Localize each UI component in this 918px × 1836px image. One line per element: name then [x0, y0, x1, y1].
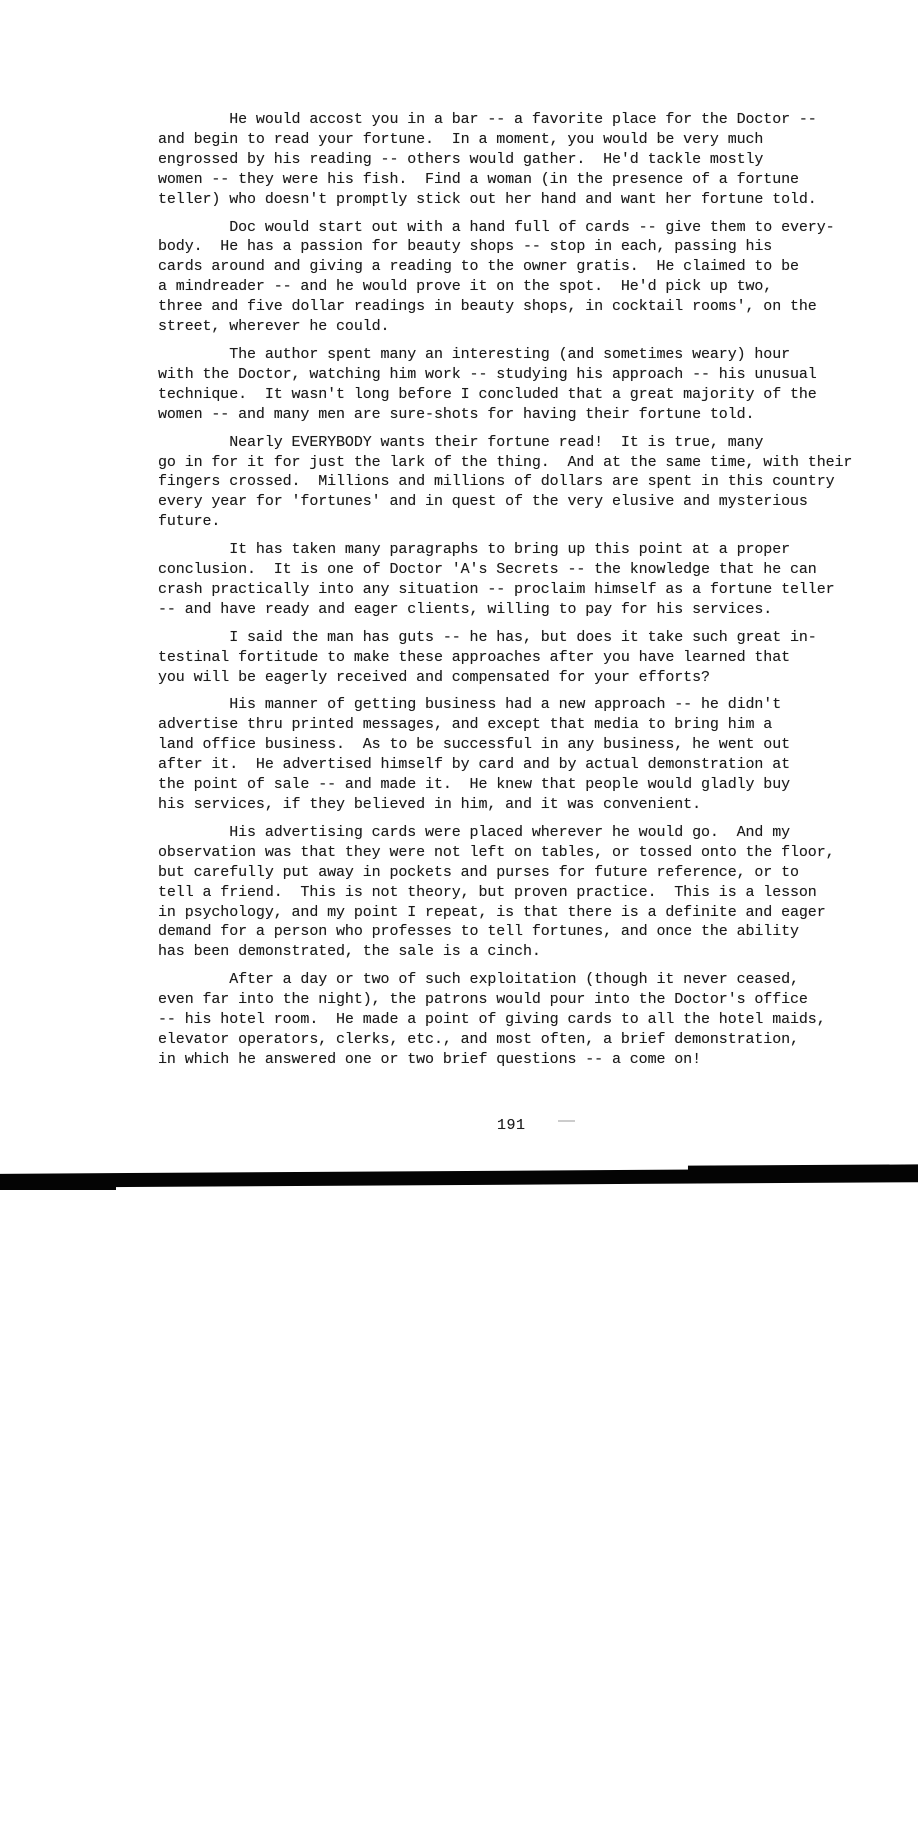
paragraph: After a day or two of such exploitation … — [158, 970, 884, 1070]
scan-artifact-mark — [558, 1120, 575, 1122]
paragraph: His advertising cards were placed wherev… — [158, 823, 884, 962]
paragraph: It has taken many paragraphs to bring up… — [158, 540, 884, 620]
paragraph: I said the man has guts -- he has, but d… — [158, 628, 884, 688]
scan-artifact-bar-right-segment — [688, 1164, 918, 1178]
scanned-document-page: He would accost you in a bar -- a favori… — [0, 0, 918, 1836]
paragraph: Nearly EVERYBODY wants their fortune rea… — [158, 433, 884, 533]
paragraph: His manner of getting business had a new… — [158, 695, 884, 814]
paragraph: He would accost you in a bar -- a favori… — [158, 110, 884, 210]
page-number: 191 — [497, 1116, 526, 1136]
paragraph: The author spent many an interesting (an… — [158, 345, 884, 425]
paragraph: Doc would start out with a hand full of … — [158, 218, 884, 337]
page-text-block: He would accost you in a bar -- a favori… — [158, 110, 884, 1078]
scan-artifact-bar-left-segment — [0, 1180, 116, 1190]
